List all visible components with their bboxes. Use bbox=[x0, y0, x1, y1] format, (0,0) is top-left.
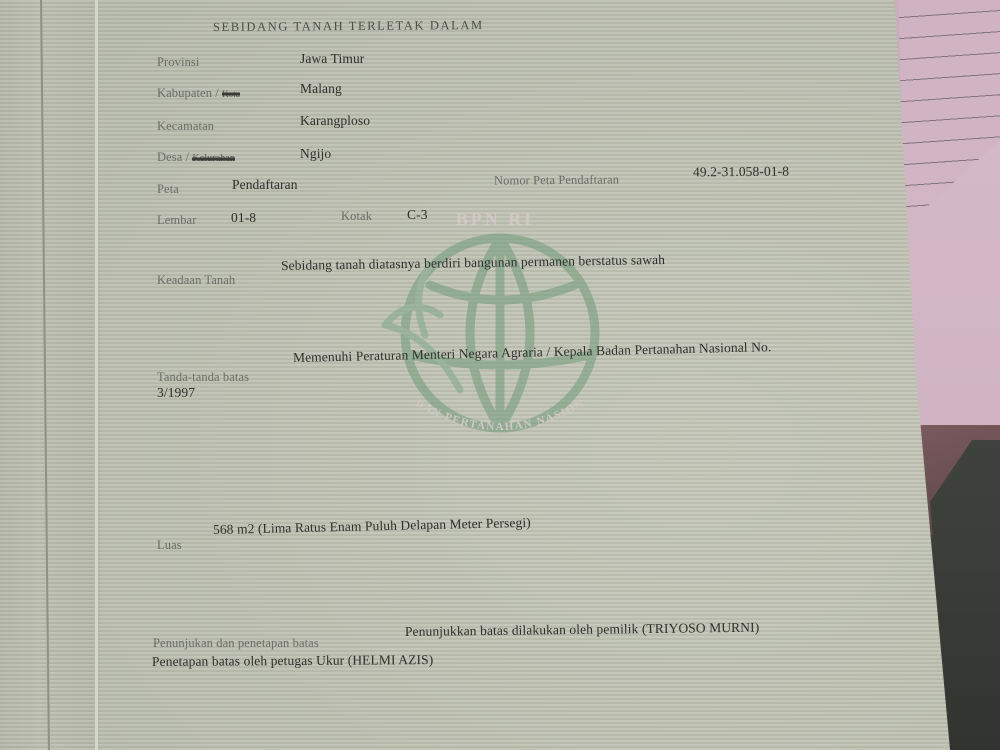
keadaan-tanah-label: Keadaan Tanah bbox=[157, 273, 235, 288]
lembar-label: Lembar bbox=[157, 213, 196, 228]
nomor-peta-value: 49.2-31.058-01-8 bbox=[693, 164, 789, 181]
kotak-label: Kotak bbox=[341, 209, 372, 224]
kabupaten-value: Malang bbox=[300, 81, 342, 97]
desa-label-text: Desa / bbox=[157, 150, 189, 164]
tanda-batas-label: Tanda-tanda batas bbox=[157, 370, 249, 385]
penunjukan-label: Penunjukan dan penetapan batas bbox=[153, 636, 319, 651]
peta-value: Pendaftaran bbox=[232, 177, 298, 193]
peta-label: Peta bbox=[157, 182, 179, 197]
fold-line bbox=[40, 0, 50, 750]
section-heading: SEBIDANG TANAH TERLETAK DALAM bbox=[213, 18, 484, 35]
fold-line bbox=[95, 0, 98, 750]
lembar-value: 01-8 bbox=[231, 210, 256, 226]
left-page-edge bbox=[0, 0, 100, 750]
provinsi-label: Provinsi bbox=[157, 55, 199, 70]
provinsi-value: Jawa Timur bbox=[300, 51, 364, 67]
kecamatan-value: Karangploso bbox=[300, 113, 370, 129]
kecamatan-label: Kecamatan bbox=[157, 119, 214, 134]
penetapan-value-line2: Penetapan batas oleh petugas Ukur (HELMI… bbox=[152, 652, 433, 670]
nomor-peta-label: Nomor Peta Pendaftaran bbox=[494, 172, 619, 188]
kotak-value: C-3 bbox=[407, 207, 428, 223]
kelurahan-struck-text: Kelurahan bbox=[192, 153, 235, 164]
kabupaten-label-text: Kabupaten / bbox=[157, 86, 219, 100]
desa-value: Ngijo bbox=[300, 146, 331, 162]
desa-label: Desa / Kelurahan bbox=[157, 150, 235, 165]
luas-label: Luas bbox=[157, 538, 182, 553]
tanda-batas-value-line2: 3/1997 bbox=[157, 385, 195, 401]
kota-struck-text: Kota bbox=[222, 89, 240, 99]
kabupaten-label: Kabupaten / Kota bbox=[157, 86, 240, 101]
